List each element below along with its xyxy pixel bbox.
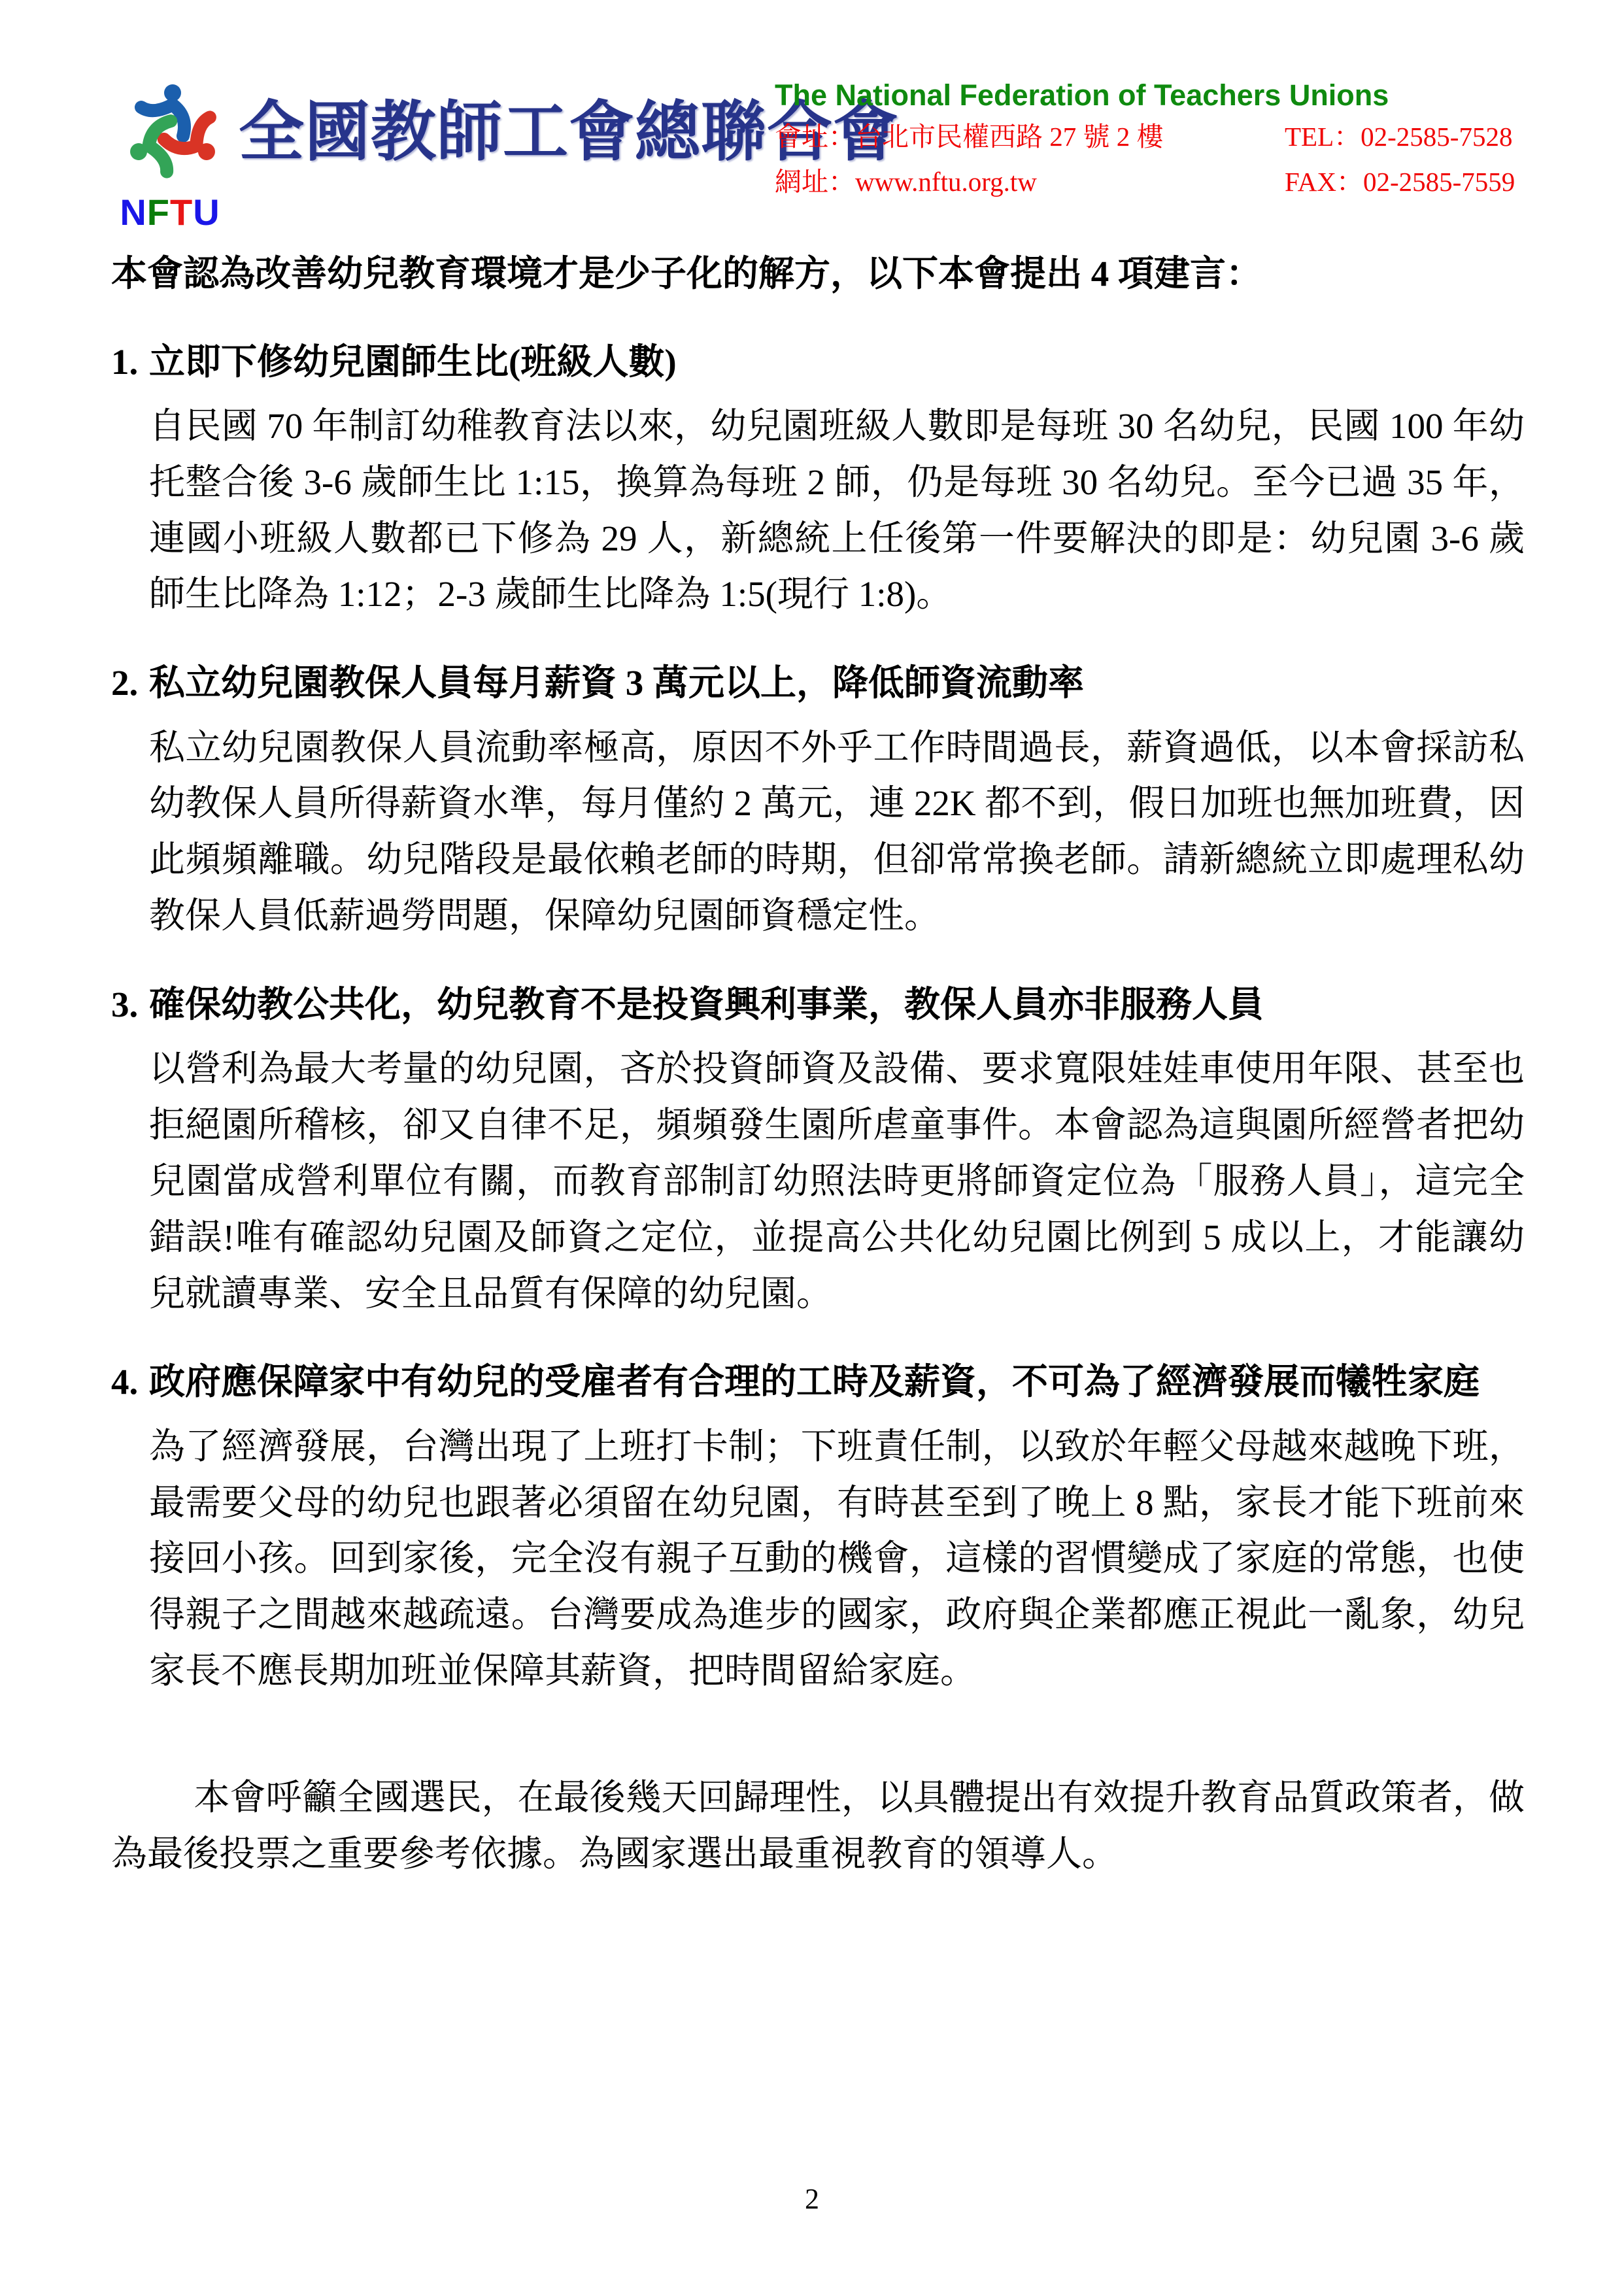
section-3-body: 以營利為最大考量的幼兒園，吝於投資師資及設備、要求寬限娃娃車使用年限、甚至也拒絕… <box>149 1041 1525 1321</box>
nftu-logo-block: NFTU <box>114 78 226 231</box>
tel-line: TEL：02-2585-7528 <box>1285 122 1527 152</box>
org-name-english: The National Federation of Teachers Unio… <box>775 78 1527 112</box>
section-2: 2. 私立幼兒園教保人員每月薪資 3 萬元以上，降低師資流動率 私立幼兒園教保人… <box>111 656 1525 944</box>
section-1-title: 立即下修幼兒園師生比(班級人數) <box>149 335 1525 390</box>
section-2-number: 2. <box>111 656 149 711</box>
section-3-title: 確保幼教公共化，幼兒教育不是投資興利事業，教保人員亦非服務人員 <box>149 978 1525 1032</box>
section-4-number: 4. <box>111 1355 149 1409</box>
nftu-letter-t: T <box>170 192 193 233</box>
section-3-number: 3. <box>111 978 149 1032</box>
website-line: 網址：www.nftu.org.tw <box>775 167 1278 197</box>
section-1-heading: 1. 立即下修幼兒園師生比(班級人數) <box>111 335 1525 390</box>
section-4-body: 為了經濟發展，台灣出現了上班打卡制；下班責任制，以致於年輕父母越來越晚下班，最需… <box>149 1419 1525 1699</box>
intro-statement: 本會認為改善幼兒教育環境才是少子化的解方，以下本會提出 4 項建言： <box>111 247 1525 301</box>
page-content: NFTU 全國教師工會總聯合會 The National Federation … <box>111 69 1525 1881</box>
section-2-body: 私立幼兒園教保人員流動率極高，原因不外乎工作時間過長，薪資過低，以本會採訪私幼教… <box>149 720 1525 944</box>
section-3-heading: 3. 確保幼教公共化，幼兒教育不是投資興利事業，教保人員亦非服務人員 <box>111 978 1525 1032</box>
document-page: NFTU 全國教師工會總聯合會 The National Federation … <box>0 0 1624 2294</box>
section-4-title: 政府應保障家中有幼兒的受雇者有合理的工時及薪資，不可為了經濟發展而犧牲家庭 <box>149 1355 1525 1409</box>
nftu-letter-n: N <box>120 192 146 233</box>
section-2-title: 私立幼兒園教保人員每月薪資 3 萬元以上，降低師資流動率 <box>149 656 1525 711</box>
section-4: 4. 政府應保障家中有幼兒的受雇者有合理的工時及薪資，不可為了經濟發展而犧牲家庭… <box>111 1355 1525 1698</box>
nftu-acronym: NFTU <box>114 194 226 231</box>
contact-info: 會址：台北市民權西路 27 號 2 樓 TEL：02-2585-7528 網址：… <box>775 122 1527 197</box>
letterhead-contact-block: The National Federation of Teachers Unio… <box>775 78 1527 197</box>
section-1-number: 1. <box>111 335 149 390</box>
page-number: 2 <box>0 2182 1624 2216</box>
nftu-triskelion-people-icon <box>118 78 222 193</box>
section-2-heading: 2. 私立幼兒園教保人員每月薪資 3 萬元以上，降低師資流動率 <box>111 656 1525 711</box>
letterhead: NFTU 全國教師工會總聯合會 The National Federation … <box>111 69 1525 229</box>
section-1-body: 自民國 70 年制訂幼稚教育法以來，幼兒園班級人數即是每班 30 名幼兒，民國 … <box>149 398 1525 622</box>
nftu-letter-f: F <box>147 192 170 233</box>
section-4-heading: 4. 政府應保障家中有幼兒的受雇者有合理的工時及薪資，不可為了經濟發展而犧牲家庭 <box>111 1355 1525 1409</box>
section-1: 1. 立即下修幼兒園師生比(班級人數) 自民國 70 年制訂幼稚教育法以來，幼兒… <box>111 335 1525 623</box>
closing-paragraph: 本會呼籲全國選民，在最後幾天回歸理性，以具體提出有效提升教育品質政策者，做為最後… <box>111 1770 1525 1882</box>
fax-line: FAX：02-2585-7559 <box>1285 167 1527 197</box>
section-3: 3. 確保幼教公共化，幼兒教育不是投資興利事業，教保人員亦非服務人員 以營利為最… <box>111 978 1525 1321</box>
address-line: 會址：台北市民權西路 27 號 2 樓 <box>775 122 1278 152</box>
nftu-letter-u: U <box>193 192 220 233</box>
